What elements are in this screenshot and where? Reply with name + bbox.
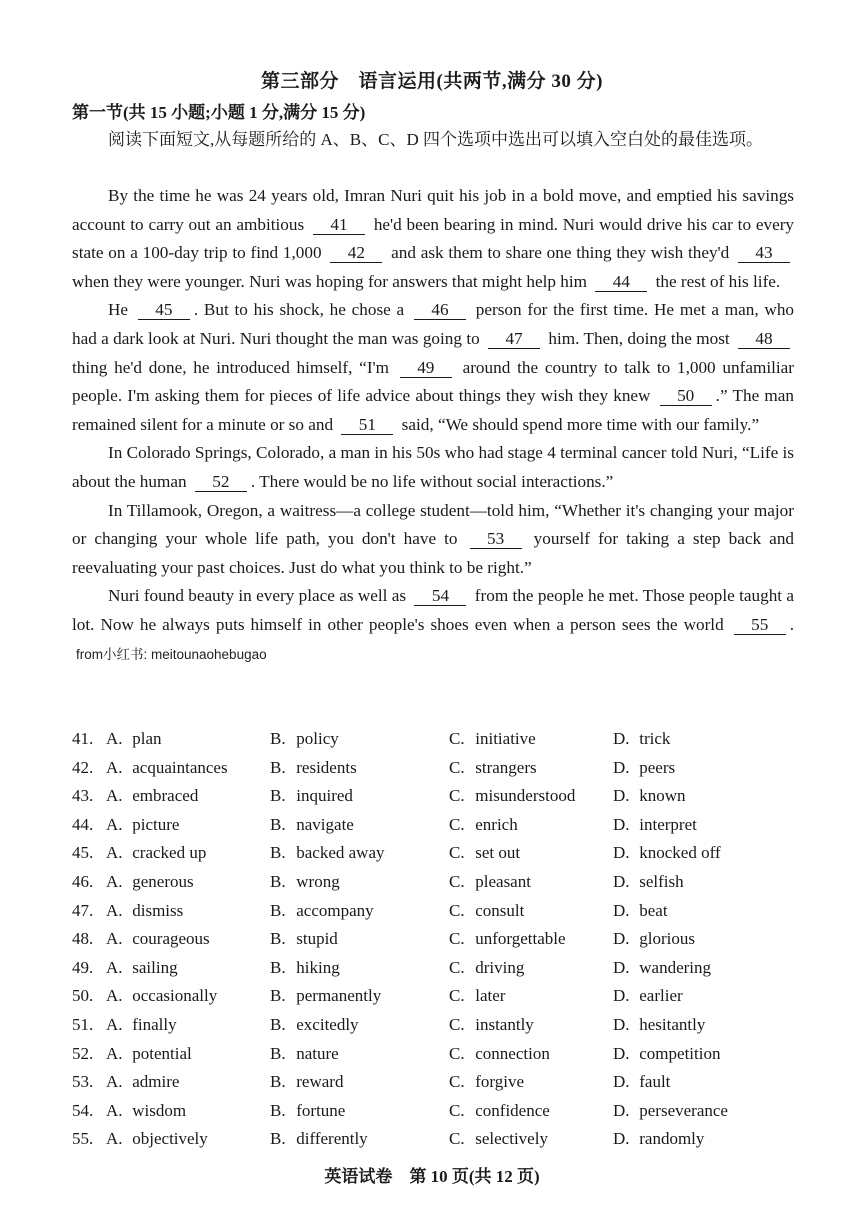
option-row: 55.A. objectivelyB. differentlyC. select… xyxy=(72,1125,812,1154)
option-text: strangers xyxy=(475,758,536,777)
option-letter: D. xyxy=(613,868,635,897)
option-b: B. inquired xyxy=(270,782,353,811)
option-d: D. wandering xyxy=(613,954,711,983)
blank-50: 50 xyxy=(660,387,712,406)
option-letter: B. xyxy=(270,1040,292,1069)
option-letter: A. xyxy=(106,954,128,983)
option-text: selectively xyxy=(475,1129,548,1148)
option-letter: C. xyxy=(449,782,471,811)
option-text: acquaintances xyxy=(132,758,227,777)
option-letter: D. xyxy=(613,811,635,840)
text: Nuri found beauty in every place as well… xyxy=(108,586,406,605)
question-number: 46. xyxy=(72,868,93,897)
option-text: reward xyxy=(296,1072,343,1091)
question-number: 50. xyxy=(72,982,93,1011)
option-row: 50.A. occasionallyB. permanentlyC. later… xyxy=(72,982,812,1011)
option-d: D. known xyxy=(613,782,686,811)
option-row: 42.A. acquaintancesB. residentsC. strang… xyxy=(72,754,812,783)
option-text: misunderstood xyxy=(475,786,575,805)
option-letter: B. xyxy=(270,925,292,954)
question-number: 51. xyxy=(72,1011,93,1040)
option-d: D. beat xyxy=(613,897,668,926)
option-row: 47.A. dismissB. accompanyC. consultD. be… xyxy=(72,897,812,926)
option-text: driving xyxy=(475,958,524,977)
option-letter: C. xyxy=(449,868,471,897)
option-letter: C. xyxy=(449,754,471,783)
option-a: A. cracked up xyxy=(106,839,206,868)
option-row: 48.A. courageousB. stupidC. unforgettabl… xyxy=(72,925,812,954)
option-letter: B. xyxy=(270,839,292,868)
option-letter: B. xyxy=(270,868,292,897)
option-d: D. perseverance xyxy=(613,1097,728,1126)
option-text: selfish xyxy=(639,872,683,891)
option-d: D. randomly xyxy=(613,1125,704,1154)
option-text: cracked up xyxy=(132,843,206,862)
option-text: picture xyxy=(132,815,179,834)
option-letter: A. xyxy=(106,925,128,954)
question-number: 55. xyxy=(72,1125,93,1154)
option-d: D. glorious xyxy=(613,925,695,954)
option-letter: C. xyxy=(449,1097,471,1126)
option-c: C. forgive xyxy=(449,1068,524,1097)
option-text: set out xyxy=(475,843,520,862)
option-text: wandering xyxy=(639,958,711,977)
option-letter: B. xyxy=(270,1125,292,1154)
blank-55: 55 xyxy=(734,616,786,635)
option-text: initiative xyxy=(475,729,535,748)
option-text: randomly xyxy=(639,1129,704,1148)
option-b: B. policy xyxy=(270,725,339,754)
option-b: B. excitedly xyxy=(270,1011,359,1040)
blank-54: 54 xyxy=(414,587,466,606)
option-letter: C. xyxy=(449,1040,471,1069)
option-b: B. differently xyxy=(270,1125,368,1154)
option-a: A. acquaintances xyxy=(106,754,228,783)
option-d: D. fault xyxy=(613,1068,670,1097)
option-letter: A. xyxy=(106,982,128,1011)
option-letter: A. xyxy=(106,1068,128,1097)
blank-44: 44 xyxy=(595,273,647,292)
option-letter: C. xyxy=(449,897,471,926)
option-text: unforgettable xyxy=(475,929,565,948)
option-letter: D. xyxy=(613,954,635,983)
option-letter: D. xyxy=(613,925,635,954)
option-b: B. accompany xyxy=(270,897,374,926)
option-letter: A. xyxy=(106,1097,128,1126)
blank-41: 41 xyxy=(313,216,365,235)
option-text: pleasant xyxy=(475,872,531,891)
option-text: generous xyxy=(132,872,193,891)
text: . xyxy=(790,615,794,634)
text: said, “We should spend more time with ou… xyxy=(402,415,759,434)
option-row: 43.A. embracedB. inquiredC. misunderstoo… xyxy=(72,782,812,811)
option-text: potential xyxy=(132,1044,191,1063)
question-number: 49. xyxy=(72,954,93,983)
option-text: perseverance xyxy=(639,1101,728,1120)
option-letter: A. xyxy=(106,839,128,868)
option-text: fortune xyxy=(296,1101,345,1120)
text: the rest of his life. xyxy=(656,272,781,291)
option-c: C. set out xyxy=(449,839,520,868)
question-number: 54. xyxy=(72,1097,93,1126)
option-row: 53.A. admireB. rewardC. forgiveD. fault xyxy=(72,1068,812,1097)
option-b: B. wrong xyxy=(270,868,340,897)
part-title: 第三部分 语言运用(共两节,满分 30 分) xyxy=(0,66,864,93)
option-c: C. consult xyxy=(449,897,524,926)
option-letter: D. xyxy=(613,1097,635,1126)
exam-page: 第三部分 语言运用(共两节,满分 30 分) 第一节(共 15 小题;小题 1 … xyxy=(0,0,864,1221)
option-letter: D. xyxy=(613,1040,635,1069)
question-number: 44. xyxy=(72,811,93,840)
text: He xyxy=(108,300,128,319)
text: . But to his shock, he chose a xyxy=(194,300,404,319)
option-text: navigate xyxy=(296,815,354,834)
option-c: C. selectively xyxy=(449,1125,548,1154)
option-text: wisdom xyxy=(132,1101,186,1120)
option-text: stupid xyxy=(296,929,338,948)
option-b: B. residents xyxy=(270,754,357,783)
option-text: differently xyxy=(296,1129,367,1148)
option-text: wrong xyxy=(296,872,339,891)
option-text: accompany xyxy=(296,901,373,920)
watermark: from小红书: meitounaohebugao xyxy=(76,647,267,662)
question-number: 41. xyxy=(72,725,93,754)
option-d: D. competition xyxy=(613,1040,720,1069)
option-letter: C. xyxy=(449,1011,471,1040)
option-letter: D. xyxy=(613,1125,635,1154)
option-letter: D. xyxy=(613,1068,635,1097)
option-text: confidence xyxy=(475,1101,550,1120)
option-letter: C. xyxy=(449,725,471,754)
option-a: A. plan xyxy=(106,725,162,754)
option-c: C. enrich xyxy=(449,811,518,840)
instructions: 阅读下面短文,从每题所给的 A、B、C、D 四个选项中选出可以填入空白处的最佳选… xyxy=(72,126,794,154)
option-text: beat xyxy=(639,901,667,920)
blank-43: 43 xyxy=(738,244,790,263)
blank-51: 51 xyxy=(341,416,393,435)
option-row: 49.A. sailingB. hikingC. drivingD. wande… xyxy=(72,954,812,983)
option-letter: B. xyxy=(270,725,292,754)
question-number: 48. xyxy=(72,925,93,954)
option-row: 51.A. finallyB. excitedlyC. instantlyD. … xyxy=(72,1011,812,1040)
option-text: policy xyxy=(296,729,339,748)
option-text: plan xyxy=(132,729,161,748)
option-letter: B. xyxy=(270,1097,292,1126)
option-b: B. fortune xyxy=(270,1097,345,1126)
section-title: 第一节(共 15 小题;小题 1 分,满分 15 分) xyxy=(72,98,365,123)
option-a: A. admire xyxy=(106,1068,179,1097)
question-number: 42. xyxy=(72,754,93,783)
text: when they were younger. Nuri was hoping … xyxy=(72,272,587,291)
option-text: interpret xyxy=(639,815,697,834)
option-c: C. unforgettable xyxy=(449,925,566,954)
option-text: instantly xyxy=(475,1015,534,1034)
option-d: D. hesitantly xyxy=(613,1011,705,1040)
option-letter: B. xyxy=(270,1068,292,1097)
option-letter: B. xyxy=(270,782,292,811)
option-a: A. potential xyxy=(106,1040,192,1069)
option-text: admire xyxy=(132,1072,179,1091)
option-text: fault xyxy=(639,1072,670,1091)
option-letter: B. xyxy=(270,897,292,926)
option-letter: A. xyxy=(106,868,128,897)
option-b: B. backed away xyxy=(270,839,385,868)
option-text: later xyxy=(475,986,505,1005)
option-text: backed away xyxy=(296,843,384,862)
option-a: A. sailing xyxy=(106,954,178,983)
option-letter: D. xyxy=(613,1011,635,1040)
option-text: permanently xyxy=(296,986,381,1005)
option-text: trick xyxy=(639,729,670,748)
option-letter: A. xyxy=(106,1040,128,1069)
option-text: consult xyxy=(475,901,524,920)
option-text: peers xyxy=(639,758,675,777)
option-letter: C. xyxy=(449,954,471,983)
option-text: occasionally xyxy=(132,986,217,1005)
text: and ask them to share one thing they wis… xyxy=(391,243,729,262)
option-letter: C. xyxy=(449,1125,471,1154)
option-text: embraced xyxy=(132,786,198,805)
option-letter: B. xyxy=(270,811,292,840)
question-number: 53. xyxy=(72,1068,93,1097)
option-letter: A. xyxy=(106,754,128,783)
paragraph-4: In Tillamook, Oregon, a waitress—a colle… xyxy=(72,497,794,583)
options-list: 41.A. planB. policyC. initiativeD. trick… xyxy=(72,725,812,1154)
option-letter: B. xyxy=(270,1011,292,1040)
option-letter: A. xyxy=(106,782,128,811)
option-c: C. driving xyxy=(449,954,524,983)
blank-47: 47 xyxy=(488,330,540,349)
option-text: residents xyxy=(296,758,356,777)
option-a: A. occasionally xyxy=(106,982,217,1011)
option-letter: B. xyxy=(270,954,292,983)
option-c: C. connection xyxy=(449,1040,550,1069)
option-letter: D. xyxy=(613,982,635,1011)
page-footer: 英语试卷 第 10 页(共 12 页) xyxy=(0,1162,864,1187)
option-a: A. dismiss xyxy=(106,897,183,926)
option-text: nature xyxy=(296,1044,338,1063)
blank-45: 45 xyxy=(138,301,190,320)
option-c: C. later xyxy=(449,982,505,1011)
option-d: D. selfish xyxy=(613,868,684,897)
option-b: B. reward xyxy=(270,1068,343,1097)
option-letter: A. xyxy=(106,811,128,840)
option-row: 45.A. cracked upB. backed awayC. set out… xyxy=(72,839,812,868)
option-text: connection xyxy=(475,1044,550,1063)
option-letter: D. xyxy=(613,725,635,754)
option-letter: C. xyxy=(449,925,471,954)
option-a: A. generous xyxy=(106,868,194,897)
blank-48: 48 xyxy=(738,330,790,349)
question-number: 45. xyxy=(72,839,93,868)
option-row: 41.A. planB. policyC. initiativeD. trick xyxy=(72,725,812,754)
option-row: 54.A. wisdomB. fortuneC. confidenceD. pe… xyxy=(72,1097,812,1126)
option-c: C. confidence xyxy=(449,1097,550,1126)
option-text: forgive xyxy=(475,1072,524,1091)
option-letter: A. xyxy=(106,1011,128,1040)
option-b: B. hiking xyxy=(270,954,340,983)
option-letter: D. xyxy=(613,897,635,926)
option-c: C. instantly xyxy=(449,1011,534,1040)
option-a: A. finally xyxy=(106,1011,177,1040)
blank-42: 42 xyxy=(330,244,382,263)
paragraph-3: In Colorado Springs, Colorado, a man in … xyxy=(72,439,794,496)
option-c: C. initiative xyxy=(449,725,536,754)
text: . There would be no life without social … xyxy=(251,472,613,491)
option-text: sailing xyxy=(132,958,177,977)
option-text: hiking xyxy=(296,958,339,977)
option-text: competition xyxy=(639,1044,720,1063)
option-text: dismiss xyxy=(132,901,183,920)
option-letter: B. xyxy=(270,982,292,1011)
text: thing he'd done, he introduced himself, … xyxy=(72,358,389,377)
option-a: A. courageous xyxy=(106,925,210,954)
option-d: D. peers xyxy=(613,754,675,783)
option-row: 46.A. generousB. wrongC. pleasantD. self… xyxy=(72,868,812,897)
option-text: hesitantly xyxy=(639,1015,705,1034)
blank-53: 53 xyxy=(470,530,522,549)
option-letter: A. xyxy=(106,725,128,754)
option-letter: B. xyxy=(270,754,292,783)
option-letter: A. xyxy=(106,897,128,926)
option-letter: C. xyxy=(449,1068,471,1097)
question-number: 52. xyxy=(72,1040,93,1069)
option-a: A. embraced xyxy=(106,782,198,811)
option-text: knocked off xyxy=(639,843,720,862)
option-row: 52.A. potentialB. natureC. connectionD. … xyxy=(72,1040,812,1069)
option-a: A. objectively xyxy=(106,1125,208,1154)
option-letter: C. xyxy=(449,982,471,1011)
option-text: known xyxy=(639,786,685,805)
option-a: A. picture xyxy=(106,811,179,840)
option-text: earlier xyxy=(639,986,682,1005)
option-letter: C. xyxy=(449,839,471,868)
option-text: inquired xyxy=(296,786,353,805)
option-letter: D. xyxy=(613,754,635,783)
paragraph-5: Nuri found beauty in every place as well… xyxy=(72,582,794,669)
option-c: C. strangers xyxy=(449,754,537,783)
option-text: objectively xyxy=(132,1129,208,1148)
option-b: B. nature xyxy=(270,1040,339,1069)
text: him. Then, doing the most xyxy=(548,329,729,348)
option-text: glorious xyxy=(639,929,695,948)
cloze-passage: By the time he was 24 years old, Imran N… xyxy=(72,182,794,669)
option-letter: C. xyxy=(449,811,471,840)
blank-52: 52 xyxy=(195,473,247,492)
option-c: C. pleasant xyxy=(449,868,531,897)
option-letter: D. xyxy=(613,839,635,868)
option-row: 44.A. pictureB. navigateC. enrichD. inte… xyxy=(72,811,812,840)
option-d: D. knocked off xyxy=(613,839,721,868)
option-d: D. interpret xyxy=(613,811,697,840)
question-number: 43. xyxy=(72,782,93,811)
option-d: D. earlier xyxy=(613,982,683,1011)
question-number: 47. xyxy=(72,897,93,926)
option-c: C. misunderstood xyxy=(449,782,575,811)
option-text: enrich xyxy=(475,815,517,834)
option-text: excitedly xyxy=(296,1015,358,1034)
option-text: finally xyxy=(132,1015,176,1034)
option-b: B. navigate xyxy=(270,811,354,840)
blank-49: 49 xyxy=(400,359,452,378)
option-letter: D. xyxy=(613,782,635,811)
option-b: B. permanently xyxy=(270,982,381,1011)
option-letter: A. xyxy=(106,1125,128,1154)
blank-46: 46 xyxy=(414,301,466,320)
option-a: A. wisdom xyxy=(106,1097,186,1126)
option-text: courageous xyxy=(132,929,209,948)
paragraph-1: By the time he was 24 years old, Imran N… xyxy=(72,182,794,296)
option-d: D. trick xyxy=(613,725,670,754)
paragraph-2: He 45. But to his shock, he chose a 46 p… xyxy=(72,296,794,439)
option-b: B. stupid xyxy=(270,925,338,954)
